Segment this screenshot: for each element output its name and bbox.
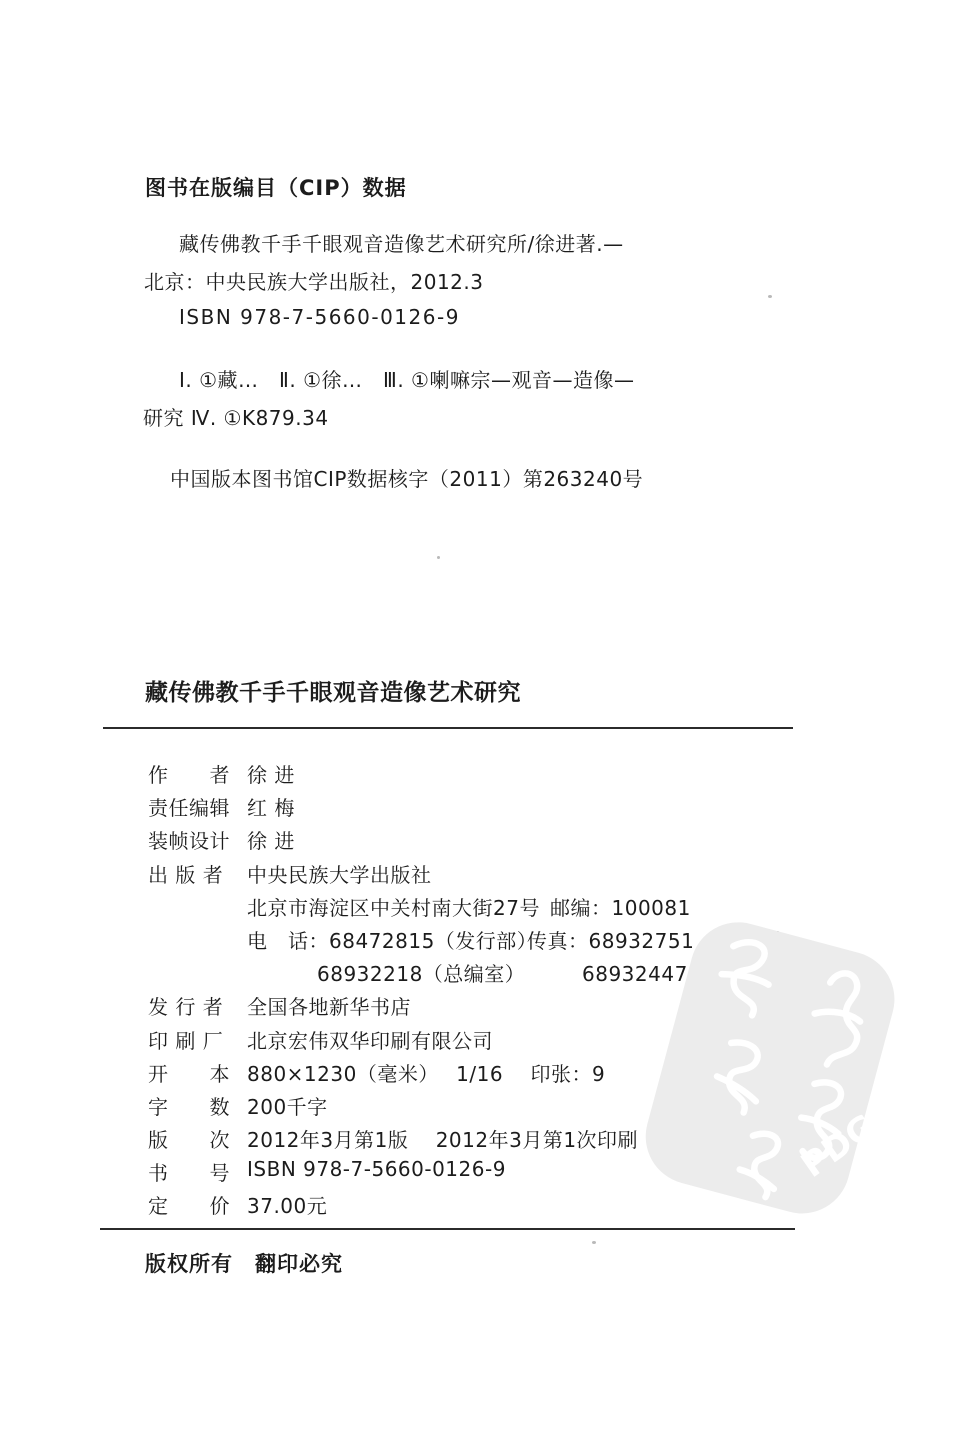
colophon-row-edition: 版 次 2012年3月第1版 2012年3月第1次印刷 xyxy=(148,1118,868,1151)
scan-speckle xyxy=(592,1241,596,1244)
colophon-row-address: 北京市海淀区中关村南大街27号 邮编：100081 xyxy=(148,886,868,919)
row-label: 作 者 xyxy=(148,759,230,788)
cip-record-number: 中国版本图书馆CIP数据核字（2011）第263240号 xyxy=(170,463,643,492)
row-value: 200千字 xyxy=(247,1091,328,1120)
colophon-row-editor: 责任编辑 红 梅 xyxy=(148,786,868,819)
row-value: 徐 进 xyxy=(247,825,295,854)
row-value: 北京市海淀区中关村南大街27号 xyxy=(247,892,540,921)
scan-speckle xyxy=(437,556,440,559)
row-label: 定 价 xyxy=(148,1190,230,1219)
colophon-row-format: 开 本 880×1230（毫米） 1/16 印张：9 xyxy=(148,1052,868,1085)
row-label: 印 刷 厂 xyxy=(148,1025,223,1054)
cip-header: 图书在版编目（CIP）数据 xyxy=(145,172,407,202)
postal-code: 邮编：100081 xyxy=(550,892,691,921)
row-value: 880×1230（毫米） 1/16 印张：9 xyxy=(247,1058,605,1087)
office-number: 68932447（办公室） xyxy=(582,958,790,987)
colophon-row-designer: 装帧设计 徐 进 xyxy=(148,819,868,852)
row-label: 开 本 xyxy=(148,1058,230,1087)
row-value: 徐 进 xyxy=(247,759,295,788)
colophon-row-publisher: 出 版 者 中央民族大学出版社 xyxy=(148,853,868,886)
colophon-table: 作 者 徐 进 责任编辑 红 梅 装帧设计 徐 进 出 版 者 中央民族大学出版… xyxy=(148,753,868,1218)
cip-isbn-line: ISBN 978-7-5660-0126-9 xyxy=(179,305,460,329)
row-value: ISBN 978-7-5660-0126-9 xyxy=(247,1157,506,1181)
row-label: 责任编辑 xyxy=(148,792,230,821)
book-title: 藏传佛教千手千眼观音造像艺术研究 xyxy=(145,674,521,707)
colophon-row-wordcount: 字 数 200千字 xyxy=(148,1085,868,1118)
cip-classification-line-2: 研究 Ⅳ. ①K879.34 xyxy=(143,402,329,431)
cip-entry-line-2: 北京：中央民族大学出版社，2012.3 xyxy=(144,266,483,295)
row-value: 红 梅 xyxy=(247,792,295,821)
row-label: 书 号 xyxy=(148,1157,230,1186)
fax-number: 传真：68932751（发行部） xyxy=(527,925,797,954)
row-value: 37.00元 xyxy=(247,1190,327,1219)
row-label: 装帧设计 xyxy=(148,825,230,854)
cip-classification-line-1: Ⅰ. ①藏… Ⅱ. ①徐… Ⅲ. ①喇嘛宗—观音—造像— xyxy=(179,364,634,393)
colophon-row-author: 作 者 徐 进 xyxy=(148,753,868,786)
divider-rule-top xyxy=(103,727,793,729)
row-value: 全国各地新华书店 xyxy=(247,991,411,1020)
colophon-row-telephone-2: 68932218（总编室） 68932447（办公室） xyxy=(148,952,868,985)
colophon-row-isbn: 书 号 ISBN 978-7-5660-0126-9 xyxy=(148,1151,868,1184)
scan-speckle xyxy=(768,295,772,298)
row-value: 北京宏伟双华印刷有限公司 xyxy=(247,1025,493,1054)
copyright-page: 图书在版编目（CIP）数据 藏传佛教千手千眼观音造像艺术研究所/徐进著.— 北京… xyxy=(0,0,975,1435)
row-label: 版 次 xyxy=(148,1124,230,1153)
row-value: 中央民族大学出版社 xyxy=(247,859,432,888)
copyright-notice: 版权所有 翻印必究 xyxy=(145,1248,343,1278)
divider-rule-bottom xyxy=(100,1228,795,1230)
row-label: 字 数 xyxy=(148,1091,230,1120)
row-label: 出 版 者 xyxy=(148,859,223,888)
cip-entry-line-1: 藏传佛教千手千眼观音造像艺术研究所/徐进著.— xyxy=(179,228,624,257)
row-value: 2012年3月第1版 2012年3月第1次印刷 xyxy=(247,1124,638,1153)
row-label: 发 行 者 xyxy=(148,991,223,1020)
colophon-row-price: 定 价 37.00元 xyxy=(148,1184,868,1217)
colophon-row-distributor: 发 行 者 全国各地新华书店 xyxy=(148,985,868,1018)
row-value: 电 话：68472815（发行部） xyxy=(247,925,537,954)
colophon-row-telephone: 电 话：68472815（发行部） 传真：68932751（发行部） xyxy=(148,919,868,952)
colophon-row-printer: 印 刷 厂 北京宏伟双华印刷有限公司 xyxy=(148,1019,868,1052)
row-value: 68932218（总编室） xyxy=(317,958,525,987)
